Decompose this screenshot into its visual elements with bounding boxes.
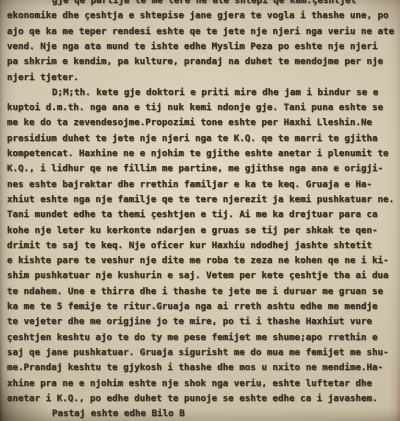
text-line: çeshtjen keshtu ajo te do ty me pese fem…	[7, 332, 378, 344]
text-line: shim pushkatuar nje kushurin e saj. Vete…	[7, 270, 389, 282]
text-line: te vejeter dhe me origjine jo te mire, p…	[7, 316, 372, 328]
text-line: e kishte pare te veshur nje dite me roba…	[7, 255, 389, 267]
text-line: K.Q., i lidhur qe ne fillim me partine, …	[7, 163, 383, 175]
text-line: saj qe jane pushkatuar. Gruaja sigurisht…	[7, 347, 389, 359]
text-line: xhiut eshte nga nje familje qe te tere n…	[7, 194, 394, 206]
text-line: njeri tjeter.	[7, 72, 79, 84]
text-line: vend. Nje nga ata mund te ishte edhe Mys…	[7, 41, 378, 53]
scanned-document-page: gje qe partija te me lere ne ate shtepi …	[0, 0, 400, 421]
text-line: kuptoi d.m.th. nga ana e tij nuk kemi nd…	[7, 102, 383, 114]
text-line: ajo qe ka me teper rendesi eshte qe te j…	[7, 26, 394, 38]
text-line: Tani mundet edhe ta themi çeshtjen e tij…	[7, 209, 378, 221]
text-line: Pastaj eshte edhe Bilo B	[52, 408, 185, 420]
text-line: ka me te 5 femije te ritur.Gruaja nga ai…	[7, 301, 378, 313]
text-line: me.Prandaj keshtu te gjykosh i thashe dh…	[7, 362, 383, 374]
text-line: ekonomike dhe çeshtja e shtepise jane gj…	[7, 10, 389, 22]
text-line: kohe nje leter ku kerkonte ndarjen e gru…	[7, 225, 378, 237]
text-line: drimit te saj te keq. Nje oficer kur Hax…	[7, 240, 372, 252]
text-line: presidium duhet te jete nje njeri nga te…	[7, 133, 378, 145]
text-line: gje qe partija te me lere ne ate shtepi …	[52, 0, 356, 7]
text-line: me ke do ta zevendesojme.Propozimi tone …	[7, 117, 372, 129]
text-line: pa shkrim e kendim, pa kulture, prandaj …	[7, 56, 383, 68]
text-line: anetar i K.Q., po edhe duhet te punoje s…	[7, 393, 378, 405]
text-line: D;M;th. kete gje doktori e priti mire dh…	[52, 87, 378, 99]
text-line: te ndahem. Une e thirra dhe i thashe te …	[7, 286, 383, 298]
text-line: nes eshte bajraktar dhe rrethin familjar…	[7, 179, 372, 191]
text-line: xhine pra ne e njohim eshte nje shok nga…	[7, 378, 372, 390]
text-line: kompetencat. Haxhine ne e njohim te gjit…	[7, 148, 389, 160]
